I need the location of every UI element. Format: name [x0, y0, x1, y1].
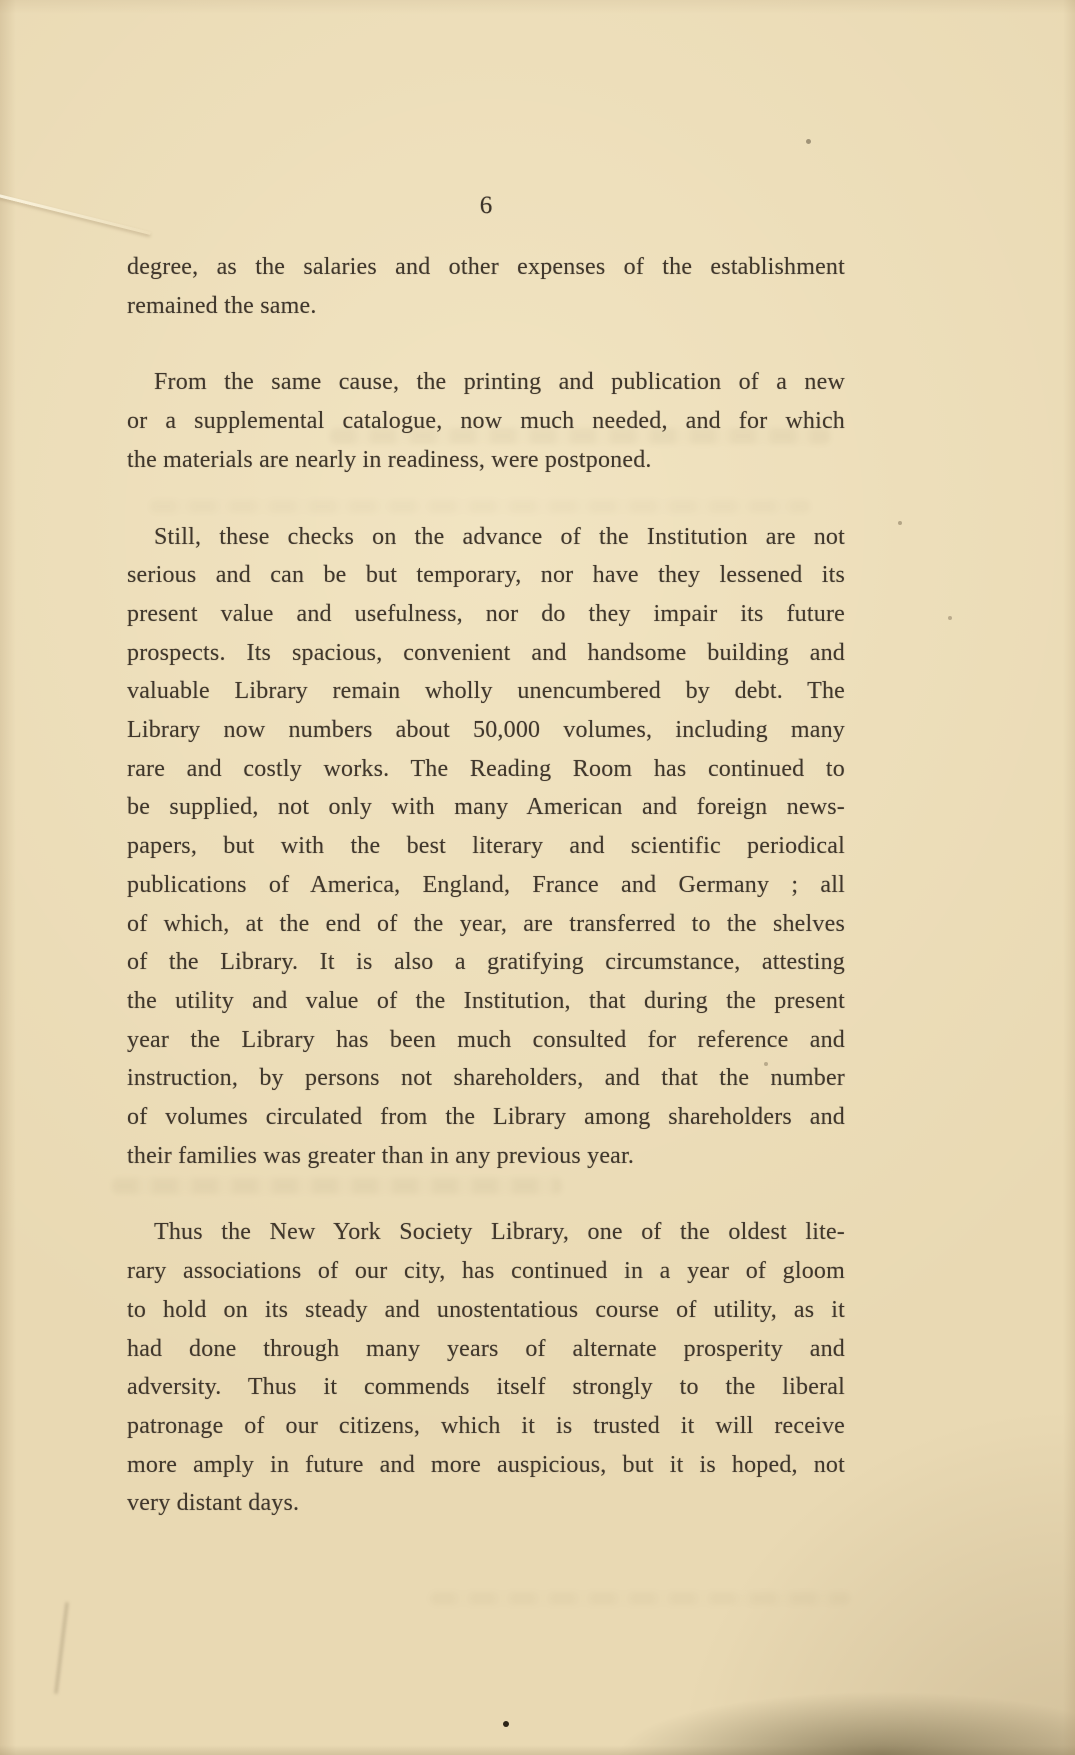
text-line: very distant days. [127, 1484, 845, 1523]
paragraph: degree, as the salaries and other expens… [127, 248, 845, 325]
paper-speck [948, 616, 952, 620]
text-line: valuable Library remain wholly unencumbe… [127, 672, 845, 711]
page-number: 6 [127, 191, 845, 221]
text-line: year the Library has been much consulted… [127, 1021, 845, 1060]
paragraph: Still, these checks on the advance of th… [127, 518, 845, 1176]
text-line: rary associations of our city, has conti… [127, 1252, 845, 1291]
paper-speck [898, 521, 902, 525]
text-line: serious and can be but temporary, nor ha… [127, 556, 845, 595]
pencil-mark [54, 1602, 68, 1694]
text-line: of volumes circulated from the Library a… [127, 1098, 845, 1137]
text-line: to hold on its steady and unostentatious… [127, 1291, 845, 1330]
paper-speck [806, 139, 811, 144]
text-line: or a supplemental catalogue, now much ne… [127, 402, 845, 441]
text-line: Library now numbers about 50,000 volumes… [127, 711, 845, 750]
text-line: adversity. Thus it commends itself stron… [127, 1368, 845, 1407]
paragraph: From the same cause, the printing and pu… [127, 363, 845, 479]
text-line: prospects. Its spacious, convenient and … [127, 634, 845, 673]
text-line: remained the same. [127, 287, 845, 326]
text-line: instruction, by persons not shareholders… [127, 1059, 845, 1098]
text-line: papers, but with the best literary and s… [127, 827, 845, 866]
text-line: be supplied, not only with many American… [127, 788, 845, 827]
text-line: Thus the New York Society Library, one o… [127, 1213, 845, 1252]
text-line: publications of America, England, France… [127, 866, 845, 905]
text-line: degree, as the salaries and other expens… [127, 248, 845, 287]
paragraph: Thus the New York Society Library, one o… [127, 1213, 845, 1523]
text-line: had done through many years of alternate… [127, 1330, 845, 1369]
text-line: the utility and value of the Institution… [127, 982, 845, 1021]
text-line: Still, these checks on the advance of th… [127, 518, 845, 557]
paper-speck [503, 1721, 509, 1727]
scanned-book-page: 6 degree, as the salaries and other expe… [0, 0, 1075, 1755]
text-line: of the Library. It is also a gratifying … [127, 943, 845, 982]
text-line: patronage of our citizens, which it is t… [127, 1407, 845, 1446]
text-line: more amply in future and more auspicious… [127, 1446, 845, 1485]
text-block: degree, as the salaries and other expens… [127, 248, 845, 1523]
text-line: the materials are nearly in readiness, w… [127, 441, 845, 480]
text-line: From the same cause, the printing and pu… [127, 363, 845, 402]
text-line: of which, at the end of the year, are tr… [127, 905, 845, 944]
paper-speck [764, 1062, 768, 1066]
bleed-through-mark [430, 1592, 850, 1605]
text-line: present value and usefulness, nor do the… [127, 595, 845, 634]
text-line: rare and costly works. The Reading Room … [127, 750, 845, 789]
text-line: their families was greater than in any p… [127, 1137, 845, 1176]
